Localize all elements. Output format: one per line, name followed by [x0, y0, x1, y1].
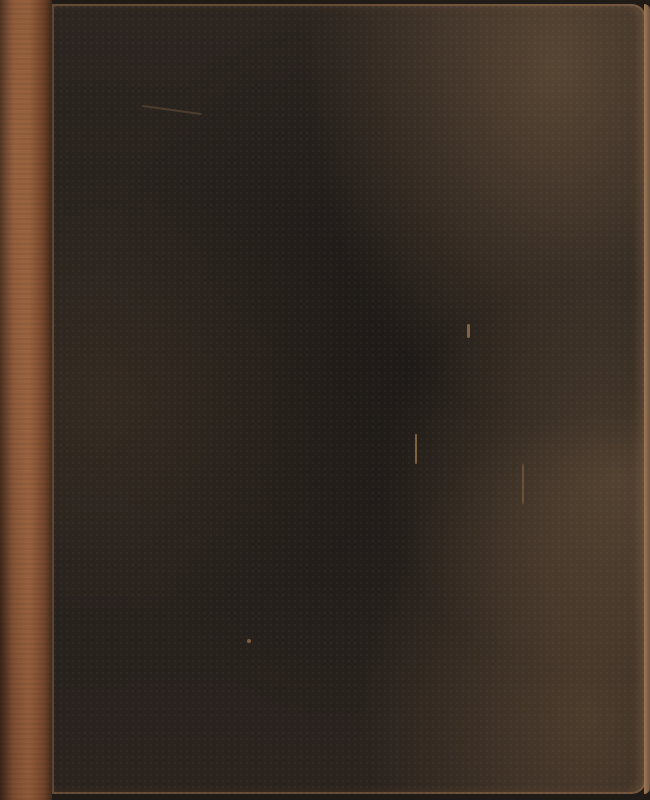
book-spine: [0, 0, 52, 800]
scratch-mark: [522, 464, 524, 504]
scratch-mark: [247, 639, 251, 643]
book-cover: [52, 4, 646, 794]
scratch-mark: [467, 324, 470, 338]
cover-edge: [644, 4, 650, 794]
scratch-mark: [142, 105, 202, 115]
book-photo: [0, 0, 650, 800]
scratch-mark: [415, 434, 417, 464]
